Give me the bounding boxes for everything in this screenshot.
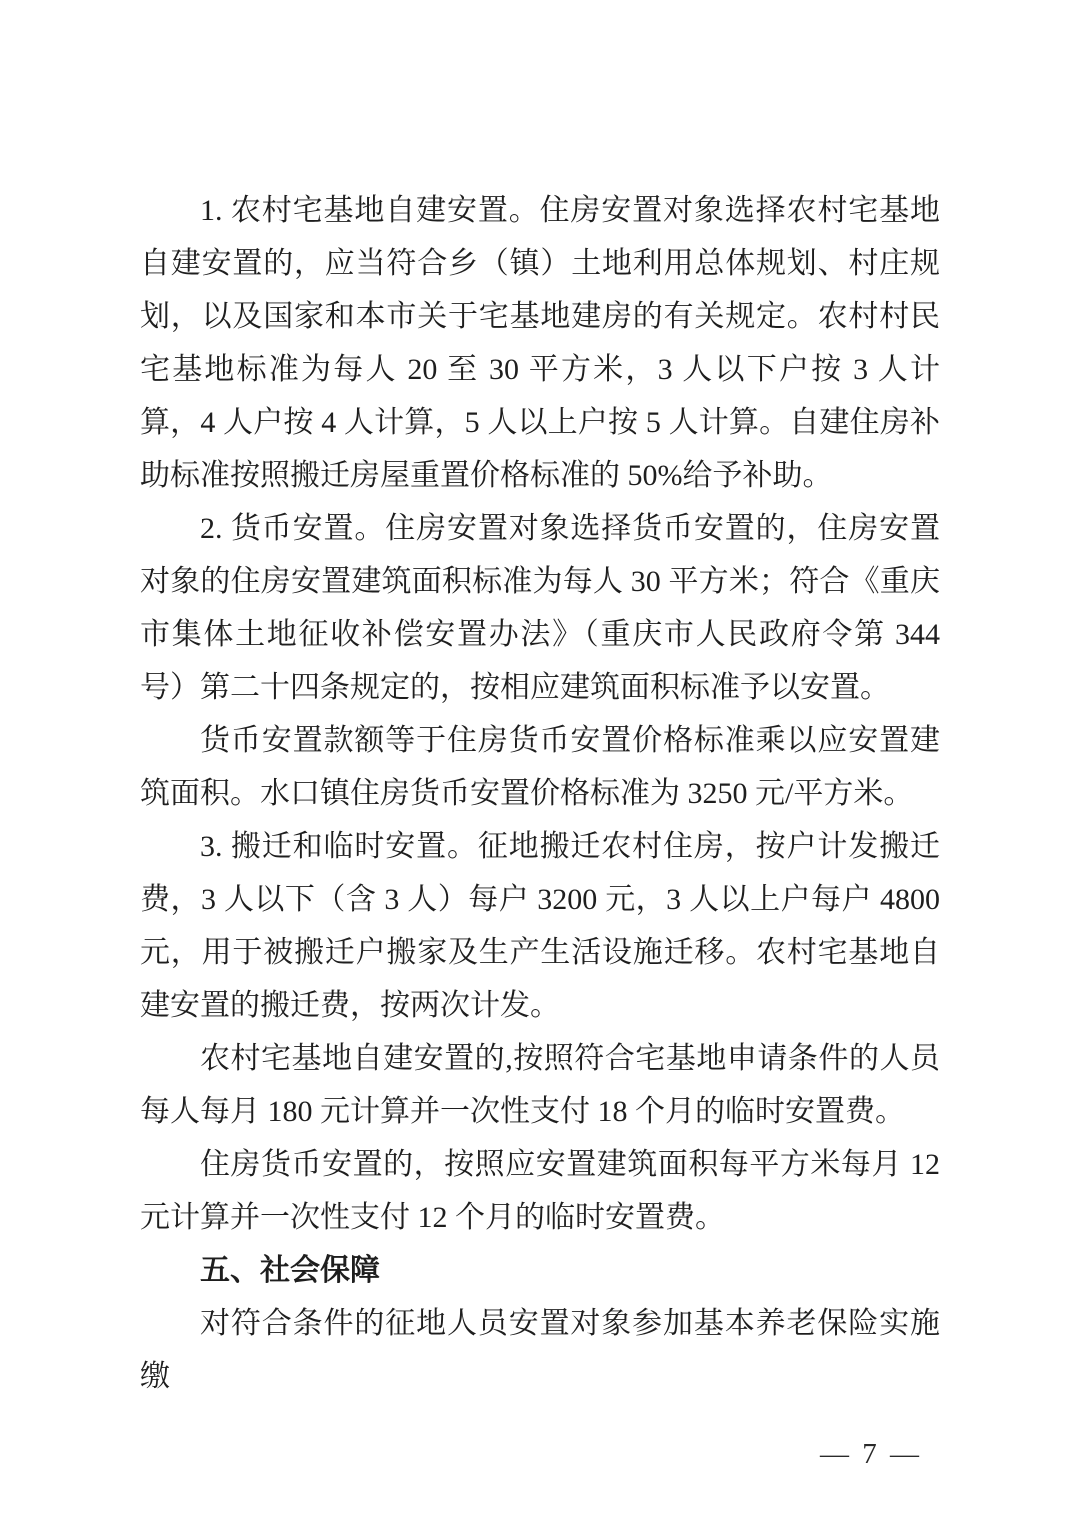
paragraph-relocation-temporary: 3. 搬迁和临时安置。征地搬迁农村住房，按户计发搬迁费，3 人以下（含 3 人）…	[140, 820, 940, 1032]
page-number: — 7 —	[820, 1437, 922, 1471]
paragraph-monetary-amount: 货币安置款额等于住房货币安置价格标准乘以应安置建筑面积。水口镇住房货币安置价格标…	[140, 714, 940, 820]
paragraph-rural-homestead-self-build: 1. 农村宅基地自建安置。住房安置对象选择农村宅基地自建安置的，应当符合乡（镇）…	[140, 184, 940, 502]
paragraph-social-security-intro: 对符合条件的征地人员安置对象参加基本养老保险实施缴	[140, 1297, 940, 1403]
document-page: 1. 农村宅基地自建安置。住房安置对象选择农村宅基地自建安置的，应当符合乡（镇）…	[0, 0, 1074, 1520]
paragraph-monetary-temporary-fee: 住房货币安置的，按照应安置建筑面积每平方米每月 12 元计算并一次性支付 12 …	[140, 1138, 940, 1244]
paragraph-self-build-temporary-fee: 农村宅基地自建安置的,按照符合宅基地申请条件的人员每人每月 180 元计算并一次…	[140, 1032, 940, 1138]
section-heading-social-security: 五、社会保障	[140, 1244, 940, 1297]
paragraph-monetary-resettlement: 2. 货币安置。住房安置对象选择货币安置的，住房安置对象的住房安置建筑面积标准为…	[140, 502, 940, 714]
document-body: 1. 农村宅基地自建安置。住房安置对象选择农村宅基地自建安置的，应当符合乡（镇）…	[140, 184, 940, 1403]
